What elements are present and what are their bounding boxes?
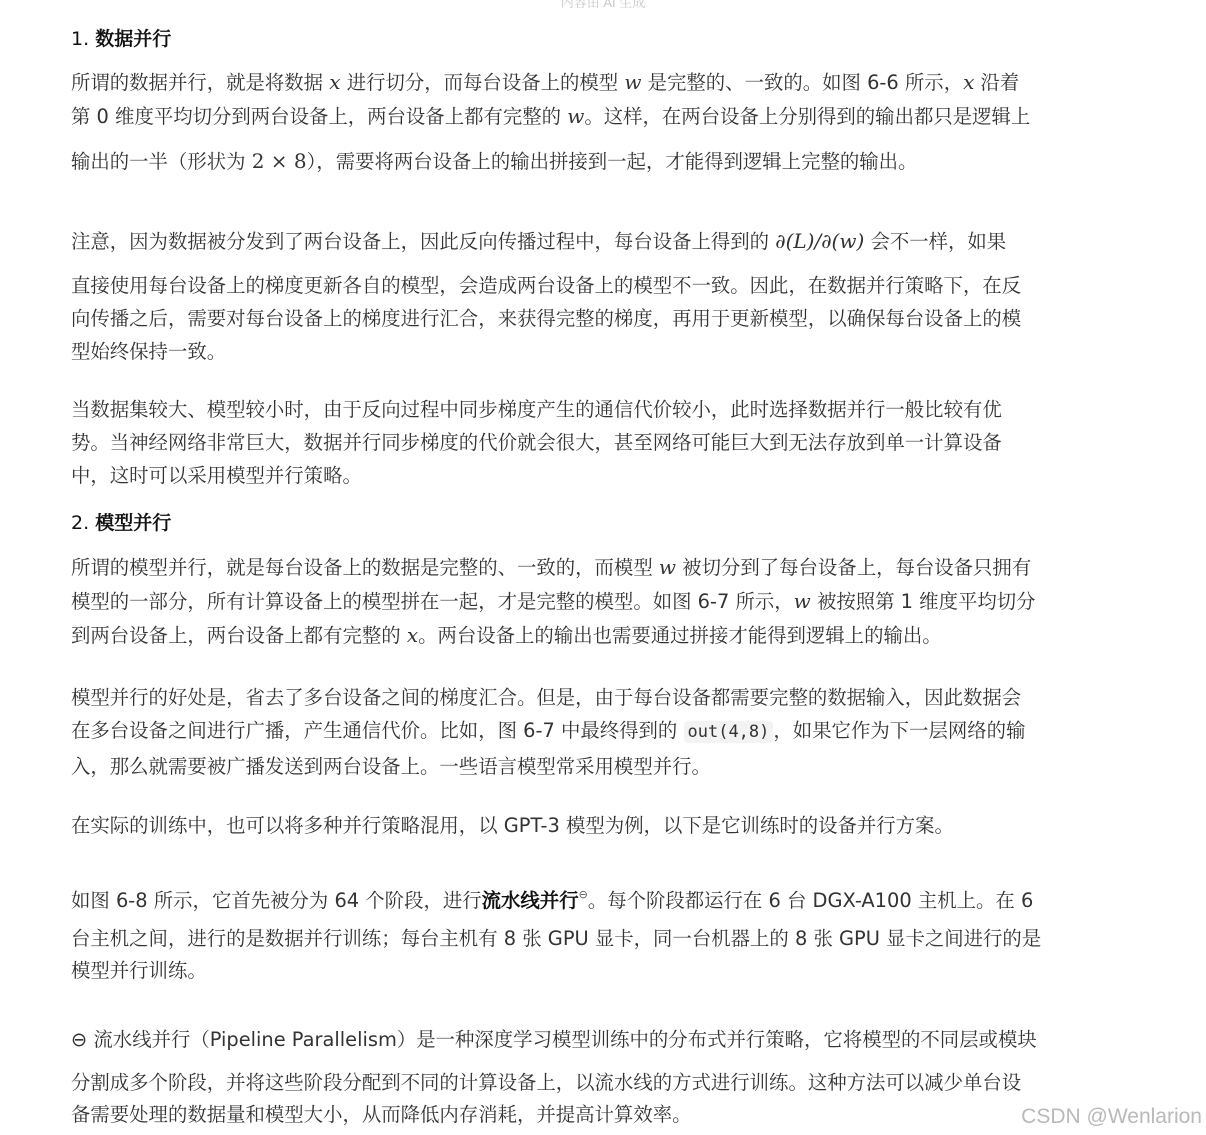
- math-var-w: w: [567, 104, 584, 128]
- text-line: 注意，因为数据被分发到了两台设备上，因此反向传播过程中，每台设备上得到的 ∂(L…: [71, 226, 1006, 256]
- text: 输出的一半（形状为: [71, 150, 252, 173]
- text-line: 台主机之间，进行的是数据并行训练；每台主机有 8 张 GPU 显卡，同一台机器上…: [71, 924, 1041, 954]
- text-line: 型始终保持一致。: [71, 337, 226, 367]
- text: 到两台设备上，两台设备上都有完整的: [71, 624, 407, 647]
- math-gradient: ∂(L)/∂(w): [775, 229, 864, 253]
- footnote-marker-icon[interactable]: ⊖: [579, 888, 588, 901]
- text-line: 备需要处理的数据量和模型大小，从而降低内存消耗，并提高计算效率。: [71, 1100, 692, 1130]
- text: 会不一样，如果: [864, 230, 1006, 253]
- math-var-x: x: [329, 70, 340, 94]
- text: 注意，因为数据被分发到了两台设备上，因此反向传播过程中，每台设备上得到的: [71, 230, 775, 253]
- section-heading-model-parallel: 2. 模型并行: [71, 510, 171, 536]
- text-line: 在多台设备之间进行广播，产生通信代价。比如，图 6-7 中最终得到的 out(4…: [71, 716, 1025, 746]
- text: 进行切分，而每台设备上的模型: [341, 71, 625, 94]
- text-line: 模型的一部分，所有计算设备上的模型拼在一起，才是完整的模型。如图 6-7 所示，…: [71, 586, 1036, 616]
- section-title: 数据并行: [95, 28, 171, 50]
- math-var-w: w: [624, 70, 641, 94]
- text-line: 在实际的训练中，也可以将多种并行策略混用，以 GPT-3 模型为例，以下是它训练…: [71, 811, 954, 841]
- text-line: 模型并行训练。: [71, 956, 207, 986]
- math-var-w: w: [794, 589, 811, 613]
- section-heading-data-parallel: 1. 数据并行: [71, 26, 171, 52]
- text-line: 所谓的模型并行，就是每台设备上的数据是完整的、一致的，而模型 w 被切分到了每台…: [71, 552, 1031, 582]
- math-var-w: w: [659, 555, 676, 579]
- section-title: 模型并行: [95, 512, 171, 534]
- text-line: 到两台设备上，两台设备上都有完整的 x。两台设备上的输出也需要通过拼接才能得到逻…: [71, 620, 942, 650]
- text-line: ⊖ 流水线并行（Pipeline Parallelism）是一种深度学习模型训练…: [71, 1025, 1037, 1055]
- text: 如图 6-8 所示，它首先被分为 64 个阶段，进行: [71, 889, 482, 912]
- text: ），需要将两台设备上的输出拼接到一起，才能得到逻辑上完整的输出。: [307, 150, 918, 173]
- text-line: 向传播之后，需要对每台设备上的梯度进行汇合，来获得完整的梯度，再用于更新模型，以…: [71, 304, 1021, 334]
- text: 所谓的模型并行，就是每台设备上的数据是完整的、一致的，而模型: [71, 556, 659, 579]
- text: 。这样，在两台设备上分别得到的输出都只是逻辑上: [584, 105, 1030, 128]
- text: 被按照第 1 维度平均切分: [811, 590, 1036, 613]
- text-line: 势。当神经网络非常巨大，数据并行同步梯度的代价就会很大，甚至网络可能巨大到无法存…: [71, 428, 1002, 458]
- text: 第 0 维度平均切分到两台设备上，两台设备上都有完整的: [71, 105, 567, 128]
- inline-code: out(4,8): [684, 721, 774, 743]
- text-line: 分割成多个阶段，并将这些阶段分配到不同的计算设备上，以流水线的方式进行训练。这种…: [71, 1068, 1021, 1098]
- math-var-x: x: [407, 623, 418, 647]
- section-number: 2.: [71, 512, 89, 534]
- text-line: 直接使用每台设备上的梯度更新各自的模型，会造成两台设备上的模型不一致。因此，在数…: [71, 271, 1021, 301]
- math-var-x: x: [963, 70, 974, 94]
- text: 在多台设备之间进行广播，产生通信代价。比如，图 6-7 中最终得到的: [71, 719, 684, 742]
- section-number: 1.: [71, 28, 89, 50]
- bold-term: 流水线并行: [482, 889, 579, 912]
- text-line: 模型并行的好处是，省去了多台设备之间的梯度汇合。但是，由于每台设备都需要完整的数…: [71, 683, 1021, 713]
- csdn-watermark: CSDN @Wenlarion: [1021, 1105, 1202, 1129]
- text-line: 第 0 维度平均切分到两台设备上，两台设备上都有完整的 w。这样，在两台设备上分…: [71, 101, 1030, 131]
- text-line: 中，这时可以采用模型并行策略。: [71, 461, 362, 491]
- text-line: 如图 6-8 所示，它首先被分为 64 个阶段，进行流水线并行⊖。每个阶段都运行…: [71, 880, 1033, 910]
- text: 是完整的、一致的。如图 6-6 所示，: [641, 71, 963, 94]
- text-line: 入，那么就需要被广播发送到两台设备上。一些语言模型常采用模型并行。: [71, 752, 711, 782]
- text: ，如果它作为下一层网络的输: [773, 719, 1025, 742]
- text-line: 所谓的数据并行，就是将数据 x 进行切分，而每台设备上的模型 w 是完整的、一致…: [71, 67, 1019, 97]
- text: 。每个阶段都运行在 6 台 DGX-A100 主机上。在 6: [588, 889, 1033, 912]
- text-line: 当数据集较大、模型较小时，由于反向过程中同步梯度产生的通信代价较小，此时选择数据…: [71, 395, 1002, 425]
- text: 沿着: [974, 71, 1019, 94]
- text-line: 输出的一半（形状为 2 × 8），需要将两台设备上的输出拼接到一起，才能得到逻辑…: [71, 146, 917, 176]
- text: 所谓的数据并行，就是将数据: [71, 71, 329, 94]
- text: 被切分到了每台设备上，每台设备只拥有: [676, 556, 1031, 579]
- text: 。两台设备上的输出也需要通过拼接才能得到逻辑上的输出。: [418, 624, 942, 647]
- text: 模型的一部分，所有计算设备上的模型拼在一起，才是完整的模型。如图 6-7 所示，: [71, 590, 794, 613]
- math-shape: 2 × 8: [252, 149, 307, 173]
- ai-generated-note: 内容由 AI 生成: [0, 0, 1206, 11]
